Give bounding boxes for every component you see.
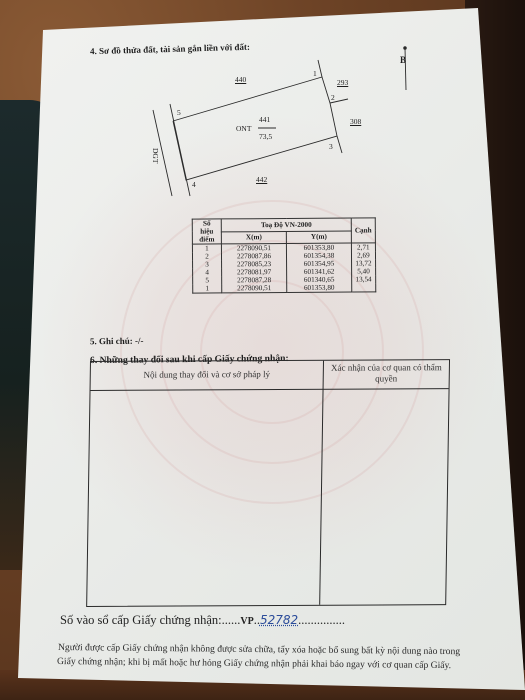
registry-label: Số vào sổ cấp Giấy chứng nhận:: [60, 613, 222, 627]
vertex-label-3: 3: [329, 142, 333, 151]
parcel-number: 441: [259, 115, 270, 124]
neighbor-parcel-north: 440: [235, 75, 246, 84]
coordinate-cell-point: 2: [192, 252, 221, 260]
road-label: DGT: [151, 148, 160, 163]
header-point: Số hiệu điểm: [192, 219, 221, 244]
land-type: ONT: [236, 124, 251, 133]
coordinate-cell-point: 1: [193, 284, 222, 293]
parcel-area: 73,5: [259, 132, 272, 141]
coordinate-cell-edge: [352, 283, 376, 292]
coordinate-cell-edge: 2,69: [351, 251, 375, 259]
section-5-title: 5. Ghi chú: -/-: [90, 336, 144, 347]
coordinate-cell-point: 3: [193, 260, 222, 268]
coordinate-cell-point: 1: [192, 244, 221, 253]
vertex-label-2: 2: [331, 93, 335, 102]
vertex-label-4: 4: [192, 180, 196, 189]
changes-column-content: Nội dung thay đổi và cơ sở pháp lý: [91, 369, 323, 380]
coordinate-cell-edge: 2,71: [351, 243, 375, 252]
changes-table-divider: [319, 361, 324, 605]
header-y: Y(m): [286, 231, 351, 244]
parcel-boundary: [173, 77, 337, 180]
header-x: X(m): [221, 231, 286, 244]
coordinate-cell-x: 2278090,51: [222, 284, 287, 293]
header-edge: Cạnh: [351, 218, 375, 243]
coordinate-cell-y: 601353,80: [287, 284, 352, 293]
coordinate-cell-edge: 13,54: [352, 275, 376, 283]
coordinate-cell-point: 5: [193, 276, 222, 284]
vertex-label-5: 5: [177, 108, 181, 117]
coordinate-row: 12278090,51601353,80: [193, 283, 376, 293]
changes-table: Nội dung thay đổi và cơ sở pháp lý Xác n…: [86, 359, 450, 607]
coordinate-table: Số hiệu điểm Toạ Độ VN-2000 Cạnh X(m) Y(…: [192, 217, 376, 293]
header-coordinate-system: Toạ Độ VN-2000: [221, 218, 351, 231]
neighbor-parcel-northeast: 293: [337, 78, 348, 87]
changes-column-confirmation: Xác nhận của cơ quan có thẩm quyền: [324, 362, 449, 385]
registry-handwritten-number: 52782: [260, 613, 298, 627]
coordinate-cell-edge: 13,72: [352, 259, 376, 267]
registry-number-line: Số vào sổ cấp Giấy chứng nhận:......VP..…: [60, 613, 345, 628]
neighbor-parcel-south: 442: [256, 175, 267, 184]
coordinate-cell-point: 4: [193, 268, 222, 276]
neighbor-parcel-east: 308: [350, 117, 361, 126]
north-label: B: [400, 55, 406, 65]
vertex-label-1: 1: [313, 69, 317, 78]
coordinate-cell-edge: 5,40: [352, 267, 376, 275]
registry-prefix: VP: [240, 616, 253, 627]
